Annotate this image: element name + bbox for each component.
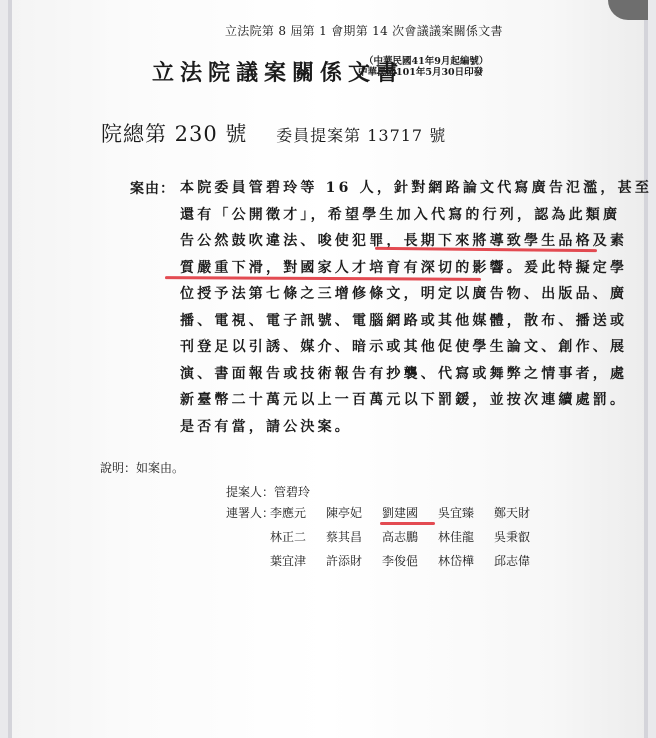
cosigner-name: 高志鵬	[382, 528, 438, 545]
cosigner-name: 許添財	[326, 552, 382, 569]
cosigner-name: 陳亭妃	[326, 504, 382, 521]
reason-line: 本院委員管碧玲等 16 人，針對網路論文代寫廣告氾濫，甚至	[180, 178, 600, 205]
numbering-note: （中華民國41年9月起編號）	[358, 56, 488, 67]
reason-line: 刊登足以引誘、媒介、暗示或其他促使學生論文、創作、展	[180, 337, 600, 364]
document-page: 立法院第 8 屆第 1 會期第 14 次會議議案關係文書 立法院議案關係文書 （…	[8, 0, 648, 738]
general-number: 院總第 230 號	[101, 122, 247, 146]
document-subtitle: （中華民國41年9月起編號） 中華民國101年5月30日印發	[358, 56, 488, 78]
reason-line: 演、書面報告或技術報告有抄襲、代寫或舞弊之情事者，處	[180, 364, 600, 391]
cosigner-name: 葉宜津	[270, 552, 326, 569]
cosigner-name: 鄭天財	[494, 504, 550, 521]
page-edge-left	[8, 0, 12, 738]
proposal-number: 委員提案第 13717 號	[276, 126, 446, 145]
cosigner-list: 李應元 陳亭妃 劉建國 吳宜臻 鄭天財 林正二 蔡其昌 高志鵬 林佳龍 吳秉叡 …	[270, 504, 550, 569]
proposer: 提案人：管碧玲	[226, 483, 310, 500]
cosigner-name: 李俊俋	[382, 552, 438, 569]
print-date: 中華民國101年5月30日印發	[358, 67, 488, 78]
reason-line: 告公然鼓吹違法、唆使犯罪，長期下來將導致學生品格及素	[180, 231, 600, 258]
cosigner-name: 吳宜臻	[438, 504, 494, 521]
reason-body: 本院委員管碧玲等 16 人，針對網路論文代寫廣告氾濫，甚至 還有「公開徵才」，希…	[180, 178, 600, 443]
cosigner-name: 林岱樺	[438, 552, 494, 569]
name-underline	[380, 522, 435, 525]
case-number: 院總第 230 號 委員提案第 13717 號	[101, 118, 446, 148]
cosigner-name: 邱志偉	[494, 552, 550, 569]
explanation: 說明：如案由。	[100, 459, 184, 476]
cosigner-name: 林佳龍	[438, 528, 494, 545]
cosigner-name: 李應元	[270, 504, 326, 521]
cosigner-name: 劉建國	[382, 504, 438, 521]
corner-shadow	[608, 0, 648, 20]
cosigner-name: 吳秉叡	[494, 528, 550, 545]
cosigner-label: 連署人：	[226, 504, 274, 521]
page-edge-right	[644, 20, 648, 738]
reason-line: 播、電視、電子訊號、電腦網路或其他媒體，散布、播送或	[180, 311, 600, 338]
session-line: 立法院第 8 屆第 1 會期第 14 次會議議案關係文書	[225, 22, 503, 39]
reason-label: 案由：	[130, 178, 175, 198]
cosigner-name: 蔡其昌	[326, 528, 382, 545]
reason-line: 位授予法第七條之三增修條文，明定以廣告物、出版品、廣	[180, 284, 600, 311]
reason-line: 還有「公開徵才」，希望學生加入代寫的行列，認為此類廣	[180, 205, 600, 232]
reason-line: 新臺幣二十萬元以上一百萬元以下罰鍰，並按次連續處罰。	[180, 390, 600, 417]
reason-line: 是否有當，請公決案。	[180, 417, 600, 444]
cosigner-name: 林正二	[270, 528, 326, 545]
